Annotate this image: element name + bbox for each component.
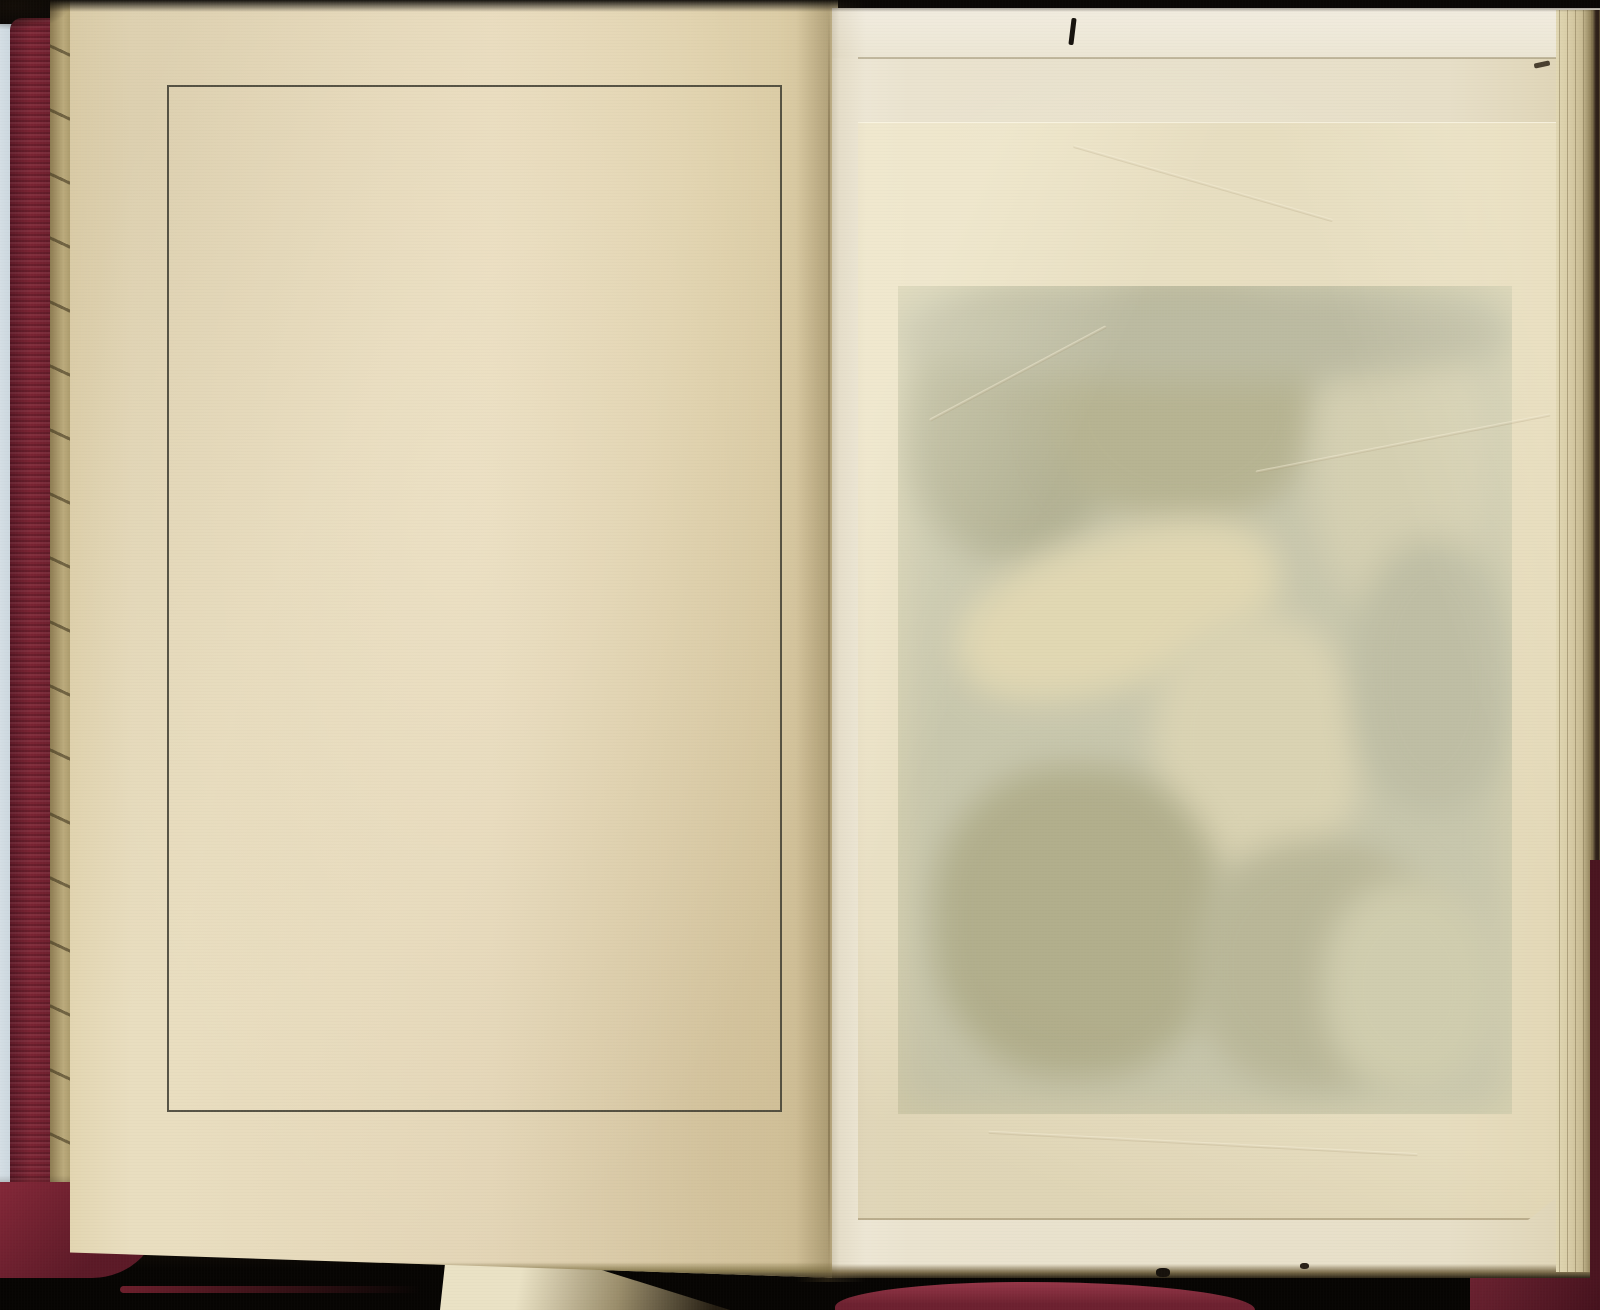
book-cover-bottom-edge-line: [120, 1286, 420, 1293]
scan-top-edge: [0, 0, 1600, 12]
plate-page-bottom-edge: [832, 1264, 1600, 1278]
book-cover-edge-right: [1590, 860, 1600, 1280]
plate-page: [832, 8, 1600, 1278]
plate-page-top-margin: [832, 8, 1600, 58]
tissue-guard: [858, 122, 1576, 1220]
shadow-speck: [1156, 1268, 1170, 1277]
shadow-speck: [1300, 1263, 1309, 1269]
title-page-border-frame: [167, 85, 782, 1112]
book-scan: THE ’ WEDDING DRESS. EDITED BY A LADY. W…: [0, 0, 1600, 1310]
book-gutter-fold-line: [828, 0, 830, 1282]
tissue-crease: [1073, 145, 1333, 222]
scan-top-left-smudge: [0, 0, 70, 30]
tissue-crease: [929, 325, 1107, 422]
tissue-crease: [988, 1131, 1418, 1157]
tissue-crease: [1255, 413, 1550, 473]
underlying-page-edge: [858, 57, 1574, 59]
